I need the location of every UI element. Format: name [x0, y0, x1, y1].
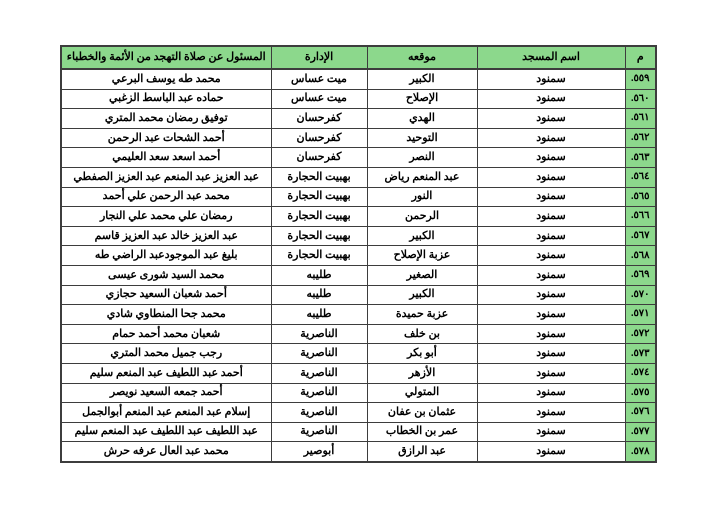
- serial-number-cell: ٥٦٨.: [625, 246, 656, 266]
- serial-number-cell: ٥٥٩.: [625, 69, 656, 89]
- mosque-name-cell: سمنود: [477, 187, 625, 207]
- location-cell: المتولي: [367, 383, 477, 403]
- mosque-name-cell: سمنود: [477, 285, 625, 305]
- table-row: ٥٧٥. سمنود المتولي الناصرية أحمد جمعه ال…: [61, 383, 656, 403]
- administration-cell: بهبيت الحجارة: [271, 167, 367, 187]
- table-row: ٥٥٩. سمنود الكبير ميت عساس محمد طه يوسف …: [61, 69, 656, 89]
- table-header-row: م اسم المسجد موقعه الإدارة المسئول عن صل…: [61, 46, 656, 69]
- serial-number-cell: ٥٦٥.: [625, 187, 656, 207]
- serial-number-cell: ٥٦٤.: [625, 167, 656, 187]
- table-row: ٥٦٤. سمنود عبد المنعم رياض بهبيت الحجارة…: [61, 167, 656, 187]
- table-row: ٥٧٢. سمنود بن خلف الناصرية شعبان محمد أح…: [61, 324, 656, 344]
- mosque-name-cell: سمنود: [477, 207, 625, 227]
- header-official: المسئول عن صلاة التهجد من الأئمة والخطبا…: [61, 46, 271, 69]
- location-cell: بن خلف: [367, 324, 477, 344]
- serial-number-cell: ٥٦٢.: [625, 128, 656, 148]
- mosque-name-cell: سمنود: [477, 363, 625, 383]
- table-row: ٥٧٠. سمنود الكبير طليبه أحمد شعبان السعي…: [61, 285, 656, 305]
- administration-cell: الناصرية: [271, 403, 367, 423]
- table-row: ٥٧١. سمنود عزبة حميدة طليبه محمد جحا الم…: [61, 305, 656, 325]
- administration-cell: كفرحسان: [271, 148, 367, 168]
- official-name-cell: محمد طه يوسف البرعي: [61, 69, 271, 89]
- official-name-cell: أحمد اسعد سعد العليمي: [61, 148, 271, 168]
- table-row: ٥٦٩. سمنود الصغير طليبه محمد السيد شورى …: [61, 265, 656, 285]
- location-cell: عبد المنعم رياض: [367, 167, 477, 187]
- official-name-cell: عبد العزيز عبد المنعم عبد العزيز الصفطي: [61, 167, 271, 187]
- mosque-name-cell: سمنود: [477, 422, 625, 442]
- mosque-name-cell: سمنود: [477, 226, 625, 246]
- mosque-name-cell: سمنود: [477, 69, 625, 89]
- mosque-name-cell: سمنود: [477, 324, 625, 344]
- location-cell: أبو بكر: [367, 344, 477, 364]
- serial-number-cell: ٥٦٩.: [625, 265, 656, 285]
- location-cell: الأزهر: [367, 363, 477, 383]
- table-row: ٥٧٧. سمنود عمر بن الخطاب الناصرية عبد ال…: [61, 422, 656, 442]
- serial-number-cell: ٥٦٠.: [625, 89, 656, 109]
- serial-number-cell: ٥٧٦.: [625, 403, 656, 423]
- location-cell: عمر بن الخطاب: [367, 422, 477, 442]
- mosque-name-cell: سمنود: [477, 403, 625, 423]
- location-cell: الكبير: [367, 226, 477, 246]
- administration-cell: بهبيت الحجارة: [271, 187, 367, 207]
- serial-number-cell: ٥٧٨.: [625, 442, 656, 462]
- header-location: موقعه: [367, 46, 477, 69]
- official-name-cell: رمضان علي محمد علي النجار: [61, 207, 271, 227]
- table-row: ٥٦٧. سمنود الكبير بهبيت الحجارة عبد العز…: [61, 226, 656, 246]
- header-mosque-name: اسم المسجد: [477, 46, 625, 69]
- serial-number-cell: ٥٦٣.: [625, 148, 656, 168]
- table-row: ٥٦٢. سمنود التوحيد كفرحسان أحمد الشحات ع…: [61, 128, 656, 148]
- administration-cell: الناصرية: [271, 344, 367, 364]
- official-name-cell: بليغ عبد الموجودعبد الراضي طه: [61, 246, 271, 266]
- location-cell: عزبة الإصلاح: [367, 246, 477, 266]
- official-name-cell: حماده عبد الباسط الزغبي: [61, 89, 271, 109]
- serial-number-cell: ٥٧٥.: [625, 383, 656, 403]
- administration-cell: الناصرية: [271, 422, 367, 442]
- header-serial: م: [625, 46, 656, 69]
- location-cell: النصر: [367, 148, 477, 168]
- administration-cell: طليبه: [271, 285, 367, 305]
- official-name-cell: عبد اللطيف عبد اللطيف عبد المنعم سليم: [61, 422, 271, 442]
- official-name-cell: محمد جحا المنطاوي شادي: [61, 305, 271, 325]
- official-name-cell: رجب جميل محمد المتري: [61, 344, 271, 364]
- location-cell: النور: [367, 187, 477, 207]
- administration-cell: كفرحسان: [271, 128, 367, 148]
- serial-number-cell: ٥٧٧.: [625, 422, 656, 442]
- mosque-name-cell: سمنود: [477, 265, 625, 285]
- administration-cell: الناصرية: [271, 383, 367, 403]
- location-cell: الرحمن: [367, 207, 477, 227]
- location-cell: الكبير: [367, 285, 477, 305]
- administration-cell: ميت عساس: [271, 89, 367, 109]
- mosque-name-cell: سمنود: [477, 442, 625, 462]
- official-name-cell: عبد العزيز خالد عبد العزيز قاسم: [61, 226, 271, 246]
- table-row: ٥٦١. سمنود الهدي كفرحسان توفيق رمضان محم…: [61, 109, 656, 129]
- location-cell: الهدي: [367, 109, 477, 129]
- serial-number-cell: ٥٧٤.: [625, 363, 656, 383]
- administration-cell: بهبيت الحجارة: [271, 207, 367, 227]
- mosque-name-cell: سمنود: [477, 167, 625, 187]
- location-cell: عبد الرازق: [367, 442, 477, 462]
- table-row: ٥٦٨. سمنود عزبة الإصلاح بهبيت الحجارة بل…: [61, 246, 656, 266]
- administration-cell: أبوصير: [271, 442, 367, 462]
- official-name-cell: أحمد الشحات عبد الرحمن: [61, 128, 271, 148]
- administration-cell: كفرحسان: [271, 109, 367, 129]
- administration-cell: ميت عساس: [271, 69, 367, 89]
- serial-number-cell: ٥٧٣.: [625, 344, 656, 364]
- location-cell: الإصلاح: [367, 89, 477, 109]
- table-row: ٥٧٨. سمنود عبد الرازق أبوصير محمد عبد ال…: [61, 442, 656, 462]
- table-row: ٥٦٦. سمنود الرحمن بهبيت الحجارة رمضان عل…: [61, 207, 656, 227]
- mosque-name-cell: سمنود: [477, 89, 625, 109]
- official-name-cell: محمد عبد الرحمن علي أحمد: [61, 187, 271, 207]
- mosque-name-cell: سمنود: [477, 383, 625, 403]
- administration-cell: طليبه: [271, 305, 367, 325]
- mosque-name-cell: سمنود: [477, 148, 625, 168]
- official-name-cell: محمد السيد شورى عيسى: [61, 265, 271, 285]
- administration-cell: بهبيت الحجارة: [271, 226, 367, 246]
- serial-number-cell: ٥٦٦.: [625, 207, 656, 227]
- official-name-cell: أحمد جمعه السعيد نويصر: [61, 383, 271, 403]
- mosque-name-cell: سمنود: [477, 246, 625, 266]
- location-cell: التوحيد: [367, 128, 477, 148]
- location-cell: عثمان بن عفان: [367, 403, 477, 423]
- administration-cell: طليبه: [271, 265, 367, 285]
- table-row: ٥٧٦. سمنود عثمان بن عفان الناصرية إسلام …: [61, 403, 656, 423]
- serial-number-cell: ٥٦١.: [625, 109, 656, 129]
- official-name-cell: أحمد شعبان السعيد حجازي: [61, 285, 271, 305]
- table-row: ٥٧٣. سمنود أبو بكر الناصرية رجب جميل محم…: [61, 344, 656, 364]
- mosque-name-cell: سمنود: [477, 128, 625, 148]
- location-cell: عزبة حميدة: [367, 305, 477, 325]
- official-name-cell: توفيق رمضان محمد المتري: [61, 109, 271, 129]
- official-name-cell: محمد عبد العال عرفه حرش: [61, 442, 271, 462]
- mosque-name-cell: سمنود: [477, 344, 625, 364]
- official-name-cell: شعبان محمد أحمد حمام: [61, 324, 271, 344]
- table-row: ٥٦٥. سمنود النور بهبيت الحجارة محمد عبد …: [61, 187, 656, 207]
- serial-number-cell: ٥٧٢.: [625, 324, 656, 344]
- location-cell: الكبير: [367, 69, 477, 89]
- mosque-name-cell: سمنود: [477, 305, 625, 325]
- administration-cell: الناصرية: [271, 363, 367, 383]
- table-row: ٥٦٠. سمنود الإصلاح ميت عساس حماده عبد ال…: [61, 89, 656, 109]
- official-name-cell: أحمد عبد اللطيف عبد المنعم سليم: [61, 363, 271, 383]
- header-administration: الإدارة: [271, 46, 367, 69]
- serial-number-cell: ٥٧١.: [625, 305, 656, 325]
- administration-cell: الناصرية: [271, 324, 367, 344]
- table-body: ٥٥٩. سمنود الكبير ميت عساس محمد طه يوسف …: [61, 69, 656, 462]
- official-name-cell: إسلام عبد المنعم عبد المنعم أبوالجمل: [61, 403, 271, 423]
- serial-number-cell: ٥٧٠.: [625, 285, 656, 305]
- table-row: ٥٧٤. سمنود الأزهر الناصرية أحمد عبد اللط…: [61, 363, 656, 383]
- location-cell: الصغير: [367, 265, 477, 285]
- serial-number-cell: ٥٦٧.: [625, 226, 656, 246]
- document-page: م اسم المسجد موقعه الإدارة المسئول عن صل…: [0, 0, 720, 509]
- mosques-tahajjud-table: م اسم المسجد موقعه الإدارة المسئول عن صل…: [60, 45, 657, 463]
- table-row: ٥٦٣. سمنود النصر كفرحسان أحمد اسعد سعد ا…: [61, 148, 656, 168]
- mosque-name-cell: سمنود: [477, 109, 625, 129]
- administration-cell: بهبيت الحجارة: [271, 246, 367, 266]
